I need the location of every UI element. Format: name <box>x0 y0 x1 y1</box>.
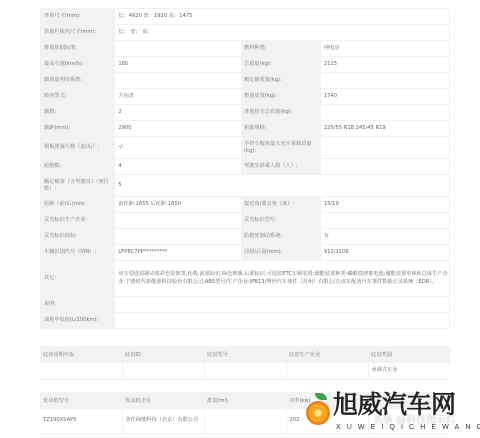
spec-label: 准拖挂车总质量(kg): <box>241 105 321 121</box>
spec-row: 反光标识生产企业:反光标识型号: <box>41 213 450 229</box>
spec-label: 货箱栏板内尺寸(mm): <box>41 25 116 41</box>
spec-value: 纯电动 <box>321 41 450 57</box>
table-row: TZ190XSAP5 菲仕绿能科技（北京）有限公司 202 <box>40 409 450 433</box>
spec-value <box>115 313 449 329</box>
spec-value <box>115 73 241 89</box>
spec-label: 接近角/离去角（度）: <box>241 197 321 213</box>
spec-value <box>321 159 450 175</box>
spec-value: 185 <box>115 57 241 73</box>
spec-value: 1740 <box>321 89 450 105</box>
chassis-cell: 承载式车身 <box>368 363 450 379</box>
spec-label: 前悬/后悬(mm): <box>241 245 321 261</box>
spec-row: 货箱栏板内尺寸(mm):长： 宽： 高： <box>41 25 450 41</box>
engine-header-row: 发动机型号 发动机企业 排量(ml) 功率(kw) <box>40 392 450 409</box>
spec-value: 有 <box>321 229 450 245</box>
spec-row: 载质量利用系数:额定载质量(kg): <box>41 73 450 89</box>
chassis-header: 底盘ID <box>122 346 204 363</box>
spec-value: LFP8C7PP********* <box>115 245 241 261</box>
spec-value: 2115 <box>321 57 450 73</box>
spec-value: 方向盘 <box>115 89 241 105</box>
spec-value: 该车型选装制动钳彩色装饰罩,轮毂,前部标识,绿色玻璃,后部标识,可选装ETC车载… <box>115 261 449 297</box>
spec-label: 车辆识别代号（VIN）: <box>41 245 116 261</box>
engine-table: 发动机型号 发动机企业 排量(ml) 功率(kw) TZ190XSAP5 菲仕绿… <box>40 392 450 434</box>
spec-label: 额定载客（含驾驶员）（座位数）: <box>41 175 116 197</box>
spec-label: 反光标识商标: <box>41 229 116 245</box>
spec-value <box>115 297 449 313</box>
spec-row: 排放依据标准:燃料种类:纯电动 <box>41 41 450 57</box>
spec-label: 驾驶室准乘人数（人）: <box>241 159 321 175</box>
engine-cell: 202 <box>286 409 368 433</box>
vehicle-spec-table: 外形尺寸(mm):长：4920 宽：1920 高：1475货箱栏板内尺寸(mm)… <box>40 8 450 329</box>
spec-value <box>321 213 450 229</box>
engine-header: 功率(kw) <box>286 392 368 409</box>
chassis-header: 底盘型号 <box>204 346 286 363</box>
spec-value: 长：4920 宽：1920 高：1475 <box>115 9 449 25</box>
spec-label: 防抱死制动系统: <box>241 229 321 245</box>
spec-label: 轴数: <box>41 105 116 121</box>
spec-row: 钢板弹簧片数（前/后）:-/-半挂车鞍座最大允许承载质量(kg): <box>41 137 450 159</box>
spec-value: 225/55 R18,245/45 R19 <box>321 121 450 137</box>
chassis-table: 底盘同期申报 底盘ID 底盘型号 底盘生产企业 底盘类别 承载式车身 <box>40 346 450 380</box>
spec-value: 912/1108 <box>321 245 450 261</box>
engine-cell: 菲仕绿能科技（北京）有限公司 <box>122 409 204 433</box>
spec-value <box>321 105 450 121</box>
spec-label: 整备质量(kg): <box>241 89 321 105</box>
spec-value: 前轮距:1655 后轮距:1650 <box>115 197 241 213</box>
spec-label: 排放依据标准: <box>41 41 116 57</box>
spec-value <box>321 73 450 89</box>
spec-value: 5 <box>115 175 449 197</box>
spec-value <box>115 41 241 57</box>
spec-row: 反光标识商标:防抱死制动系统:有 <box>41 229 450 245</box>
chassis-header: 底盘生产企业 <box>286 346 368 363</box>
spec-label: 反光标识型号: <box>241 213 321 229</box>
spec-value <box>321 137 450 159</box>
spec-row: 轴距(mm):2900轮胎规格:225/55 R18,245/45 R19 <box>41 121 450 137</box>
spec-label: 转向型式: <box>41 89 116 105</box>
chassis-header: 底盘类别 <box>368 346 450 363</box>
spec-label: 外形尺寸(mm): <box>41 9 116 25</box>
engine-header: 排量(ml) <box>204 392 286 409</box>
engine-header <box>368 392 450 409</box>
spec-row: 其它:该车型选装制动钳彩色装饰罩,轮毂,前部标识,绿色玻璃,后部标识,可选装ET… <box>41 261 450 297</box>
spec-label: 其它: <box>41 261 116 297</box>
spec-label: 额定载质量(kg): <box>241 73 321 89</box>
chassis-cell <box>40 363 122 379</box>
spec-label: 轮距（前/后)mm: <box>41 197 116 213</box>
spec-row: 外形尺寸(mm):长：4920 宽：1920 高：1475 <box>41 9 450 25</box>
spec-label: 轴距(mm): <box>41 121 116 137</box>
spec-row: 轮胎数:4驾驶室准乘人数（人）: <box>41 159 450 175</box>
spec-label: 轮胎数: <box>41 159 116 175</box>
engine-cell <box>204 409 286 433</box>
spec-label: 燃料种类: <box>241 41 321 57</box>
spec-row: 轴数:2准拖挂车总质量(kg): <box>41 105 450 121</box>
spec-value: 2 <box>115 105 241 121</box>
spec-value: -/- <box>115 137 241 159</box>
engine-header: 发动机型号 <box>40 392 122 409</box>
spec-label: 载质量利用系数: <box>41 73 116 89</box>
spec-value <box>115 213 241 229</box>
chassis-cell <box>286 363 368 379</box>
table-row: 承载式车身 <box>40 363 450 379</box>
spec-row: 转向型式:方向盘整备质量(kg):1740 <box>41 89 450 105</box>
spec-label: 总质量(kg): <box>241 57 321 73</box>
spec-label: 半挂车鞍座最大允许承载质量(kg): <box>241 137 321 159</box>
spec-row: 最高车速(km/h):185总质量(kg):2115 <box>41 57 450 73</box>
engine-cell <box>368 409 450 433</box>
engine-header: 发动机企业 <box>122 392 204 409</box>
spec-row: 车辆识别代号（VIN）:LFP8C7PP*********前悬/后悬(mm):9… <box>41 245 450 261</box>
spec-row: 轮距（前/后)mm:前轮距:1655 后轮距:1650接近角/离去角（度）:15… <box>41 197 450 213</box>
chassis-header-row: 底盘同期申报 底盘ID 底盘型号 底盘生产企业 底盘类别 <box>40 346 450 363</box>
engine-cell: TZ190XSAP5 <box>40 409 122 433</box>
spec-label: 反光标识生产企业: <box>41 213 116 229</box>
chassis-cell <box>122 363 204 379</box>
spec-label: 轮胎规格: <box>241 121 321 137</box>
spec-label: 说明: <box>41 297 116 313</box>
spec-value: 15/19 <box>321 197 450 213</box>
spec-row: 油耗申报值(L/100km): <box>41 313 450 329</box>
spec-value: 4 <box>115 159 241 175</box>
spec-value: 长： 宽： 高： <box>115 25 449 41</box>
spec-row: 额定载客（含驾驶员）（座位数）:5 <box>41 175 450 197</box>
spec-label: 钢板弹簧片数（前/后）: <box>41 137 116 159</box>
spec-value <box>115 229 241 245</box>
spec-value: 2900 <box>115 121 241 137</box>
chassis-header: 底盘同期申报 <box>40 346 122 363</box>
spec-label: 最高车速(km/h): <box>41 57 116 73</box>
spec-row: 说明: <box>41 297 450 313</box>
chassis-cell <box>204 363 286 379</box>
spec-label: 油耗申报值(L/100km): <box>41 313 116 329</box>
